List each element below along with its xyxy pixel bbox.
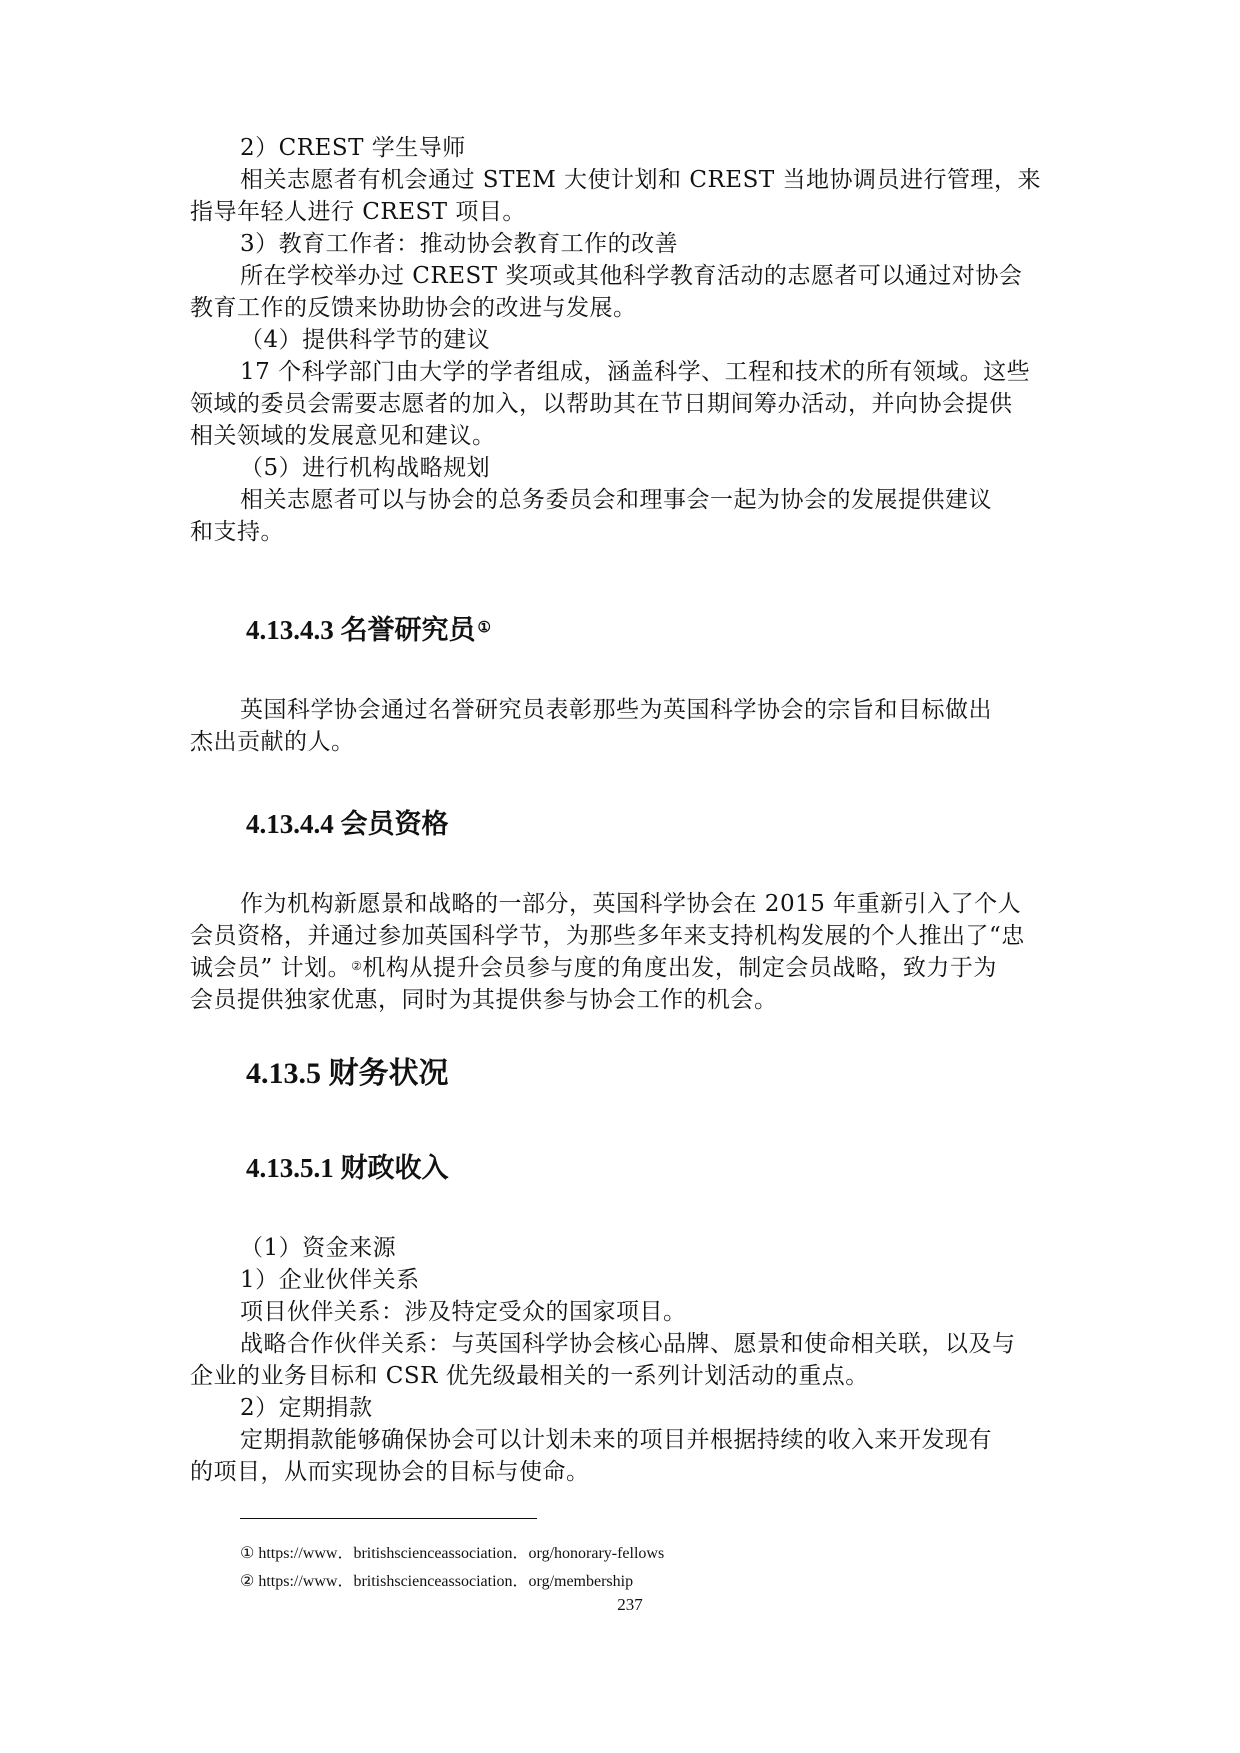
footnote-marker: ② [351,959,362,973]
paragraph-line: 教育工作的反馈来协助协会的改进与发展。 [190,292,1050,325]
line-rest: 机构从提升会员参与度的角度出发，制定会员战略，致力于为 [362,955,997,981]
footnote-url: https://www．britishscienceassociation．or… [258,1545,664,1562]
section-heading-revenue: 4.13.5.1 财政收入 [246,1150,449,1186]
list-item-corporate-partnerships: 1）企业伙伴关系 [240,1264,1050,1297]
footnote-2: ② https://www．britishscienceassociation．… [240,1571,633,1593]
footnote-1: ① https://www．britishscienceassociation．… [240,1543,664,1565]
paragraph-line: 诚会员” 计划。②机构从提升会员参与度的角度出发，制定会员战略，致力于为 [190,952,1050,985]
document-page: 2）CREST 学生导师 相关志愿者有机会通过 STEM 大使计划和 CREST… [0,0,1240,1753]
list-item-festival-advice: （4）提供科学节的建议 [240,324,1050,357]
list-item-funding-sources: （1）资金来源 [240,1232,1050,1265]
paragraph-line: 会员提供独家优惠，同时为其提供参与协会工作的机会。 [190,984,1050,1017]
paragraph-line: 和支持。 [190,516,1050,549]
paragraph-line: 战略合作伙伴关系：与英国科学协会核心品牌、愿景和使命相关联，以及与 [240,1328,1050,1361]
list-item-educators: 3）教育工作者：推动协会教育工作的改善 [240,228,1050,261]
paragraph-line: 所在学校举办过 CREST 奖项或其他科学教育活动的志愿者可以通过对协会 [240,260,1050,293]
paragraph-line: 杰出贡献的人。 [190,726,1050,759]
paragraph-line: 作为机构新愿景和战略的一部分，英国科学协会在 2015 年重新引入了个人 [240,888,1050,921]
paragraph-line: 相关志愿者可以与协会的总务委员会和理事会一起为协会的发展提供建议 [240,484,1050,517]
page-number: 237 [600,1594,660,1616]
paragraph-line: 领域的委员会需要志愿者的加入，以帮助其在节日期间筹办活动，并向协会提供 [190,388,1050,421]
paragraph-line: 会员资格，并通过参加英国科学节，为那些多年来支持机构发展的个人推出了“忠 [190,920,1050,953]
paragraph-line: 英国科学协会通过名誉研究员表彰那些为英国科学协会的宗旨和目标做出 [240,694,1050,727]
paragraph-line: 相关志愿者有机会通过 STEM 大使计划和 CREST 当地协调员进行管理，来 [240,164,1050,197]
footnote-marker: ② [240,1573,254,1590]
heading-text: 4.13.4.3 名誉研究员 [246,615,476,645]
paragraph-line: 项目伙伴关系：涉及特定受众的国家项目。 [240,1296,1050,1329]
footnote-marker: ① [478,620,491,636]
list-item-regular-donations: 2）定期捐款 [240,1392,1050,1425]
paragraph-line: 相关领域的发展意见和建议。 [190,420,1050,453]
paragraph-line: 定期捐款能够确保协会可以计划未来的项目并根据持续的收入来开发现有 [240,1424,1050,1457]
list-item-strategy-planning: （5）进行机构战略规划 [240,452,1050,485]
paragraph-line: 指导年轻人进行 CREST 项目。 [190,196,1050,229]
section-heading-membership: 4.13.4.4 会员资格 [246,806,449,842]
line-prefix: 诚会员” 计划。 [190,955,351,981]
footnote-marker: ① [240,1545,254,1562]
list-item-crest-mentor: 2）CREST 学生导师 [240,132,1050,165]
section-heading-honorary-fellows: 4.13.4.3 名誉研究员① [246,612,491,648]
footnote-url: https://www．britishscienceassociation．or… [258,1573,633,1590]
paragraph-line: 的项目，从而实现协会的目标与使命。 [190,1456,1050,1489]
footnote-divider [240,1518,537,1519]
paragraph-line: 企业的业务目标和 CSR 优先级最相关的一系列计划活动的重点。 [190,1360,1050,1393]
section-heading-financial-status: 4.13.5 财务状况 [246,1056,449,1092]
paragraph-line: 17 个科学部门由大学的学者组成，涵盖科学、工程和技术的所有领域。这些 [240,356,1050,389]
